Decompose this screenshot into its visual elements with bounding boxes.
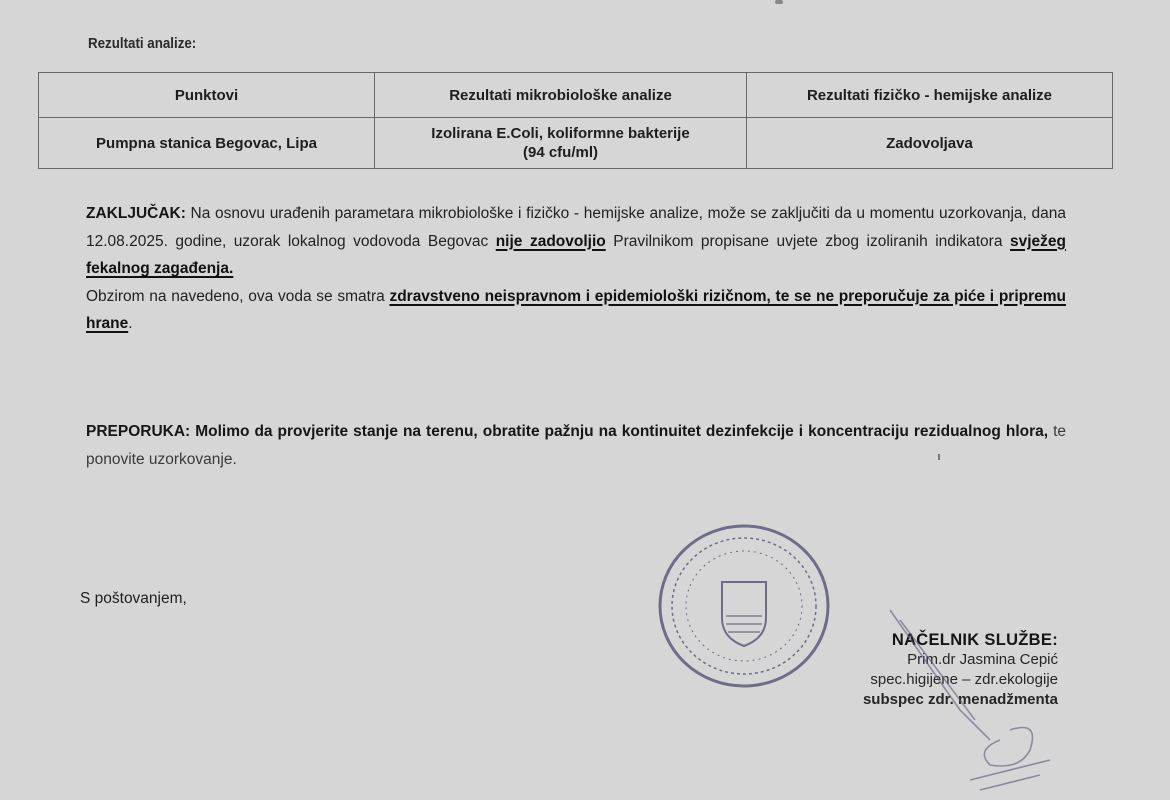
recommendation-paragraph: PREPORUKA: Molimo da provjerite stanje n… bbox=[86, 418, 1066, 473]
section-label-results: Rezultati analize: bbox=[88, 36, 196, 52]
recommendation-text: Molimo da provjerite stanje na terenu, o… bbox=[190, 423, 1048, 440]
conclusion-text-1: Na osnovu urađenih parametara mikrobiolo… bbox=[186, 205, 1066, 222]
conclusion-text-3: Pravilnikom propisane uvjete zbog izolir… bbox=[606, 233, 1010, 250]
sampling-date: 12.08.2025. bbox=[86, 233, 168, 250]
signatory-name: Prim.dr Jasmina Cepić bbox=[863, 650, 1058, 670]
table-header-row: Punktovi Rezultati mikrobiološke analize… bbox=[39, 73, 1113, 118]
signatory-title: NAČELNIK SLUŽBE: bbox=[863, 630, 1058, 650]
conclusion-text-4: Obzirom na navedeno, ova voda se smatra bbox=[86, 288, 389, 305]
cell-punkt: Pumpna stanica Begovac, Lipa bbox=[39, 118, 375, 169]
header-punktovi: Punktovi bbox=[39, 73, 375, 118]
conclusion-paragraph: ZAKLJUČAK: Na osnovu urađenih parametara… bbox=[86, 200, 1066, 338]
header-fizicko-hemijske: Rezultati fizičko - hemijske analize bbox=[747, 73, 1113, 118]
cell-mikrobioloske: Izolirana E.Coli, koliformne bakterije (… bbox=[375, 118, 747, 169]
mikro-result-line2: (94 cfu/ml) bbox=[523, 144, 598, 161]
cell-fizicko: Zadovoljava bbox=[747, 118, 1113, 169]
official-seal-icon bbox=[654, 520, 834, 692]
table-row: Pumpna stanica Begovac, Lipa Izolirana E… bbox=[39, 118, 1113, 169]
recommendation-label: PREPORUKA: bbox=[86, 423, 190, 440]
conclusion-label: ZAKLJUČAK: bbox=[86, 205, 186, 222]
scan-artifact-dot bbox=[938, 454, 940, 460]
document-page: Rezultati analize: Punktovi Rezultati mi… bbox=[0, 0, 1170, 800]
mikro-result-line1: Izolirana E.Coli, koliformne bakterije bbox=[431, 125, 689, 142]
conclusion-text-2: godine, uzorak lokalnog vodovoda Begovac bbox=[168, 233, 496, 250]
closing-salutation: S poštovanjem, bbox=[80, 590, 187, 608]
signatory-subspecialization: subspec zdr. menadžmenta bbox=[863, 690, 1058, 710]
verdict-not-satisfied: nije zadovoljio bbox=[496, 233, 606, 250]
header-mikrobioloske: Rezultati mikrobiološke analize bbox=[375, 73, 747, 118]
conclusion-text-5: . bbox=[128, 315, 132, 332]
scan-artifact bbox=[775, 0, 783, 4]
signature-block: NAČELNIK SLUŽBE: Prim.dr Jasmina Cepić s… bbox=[863, 630, 1058, 710]
signatory-specialization: spec.higijene – zdr.ekologije bbox=[863, 670, 1058, 690]
results-table: Punktovi Rezultati mikrobiološke analize… bbox=[38, 72, 1113, 169]
